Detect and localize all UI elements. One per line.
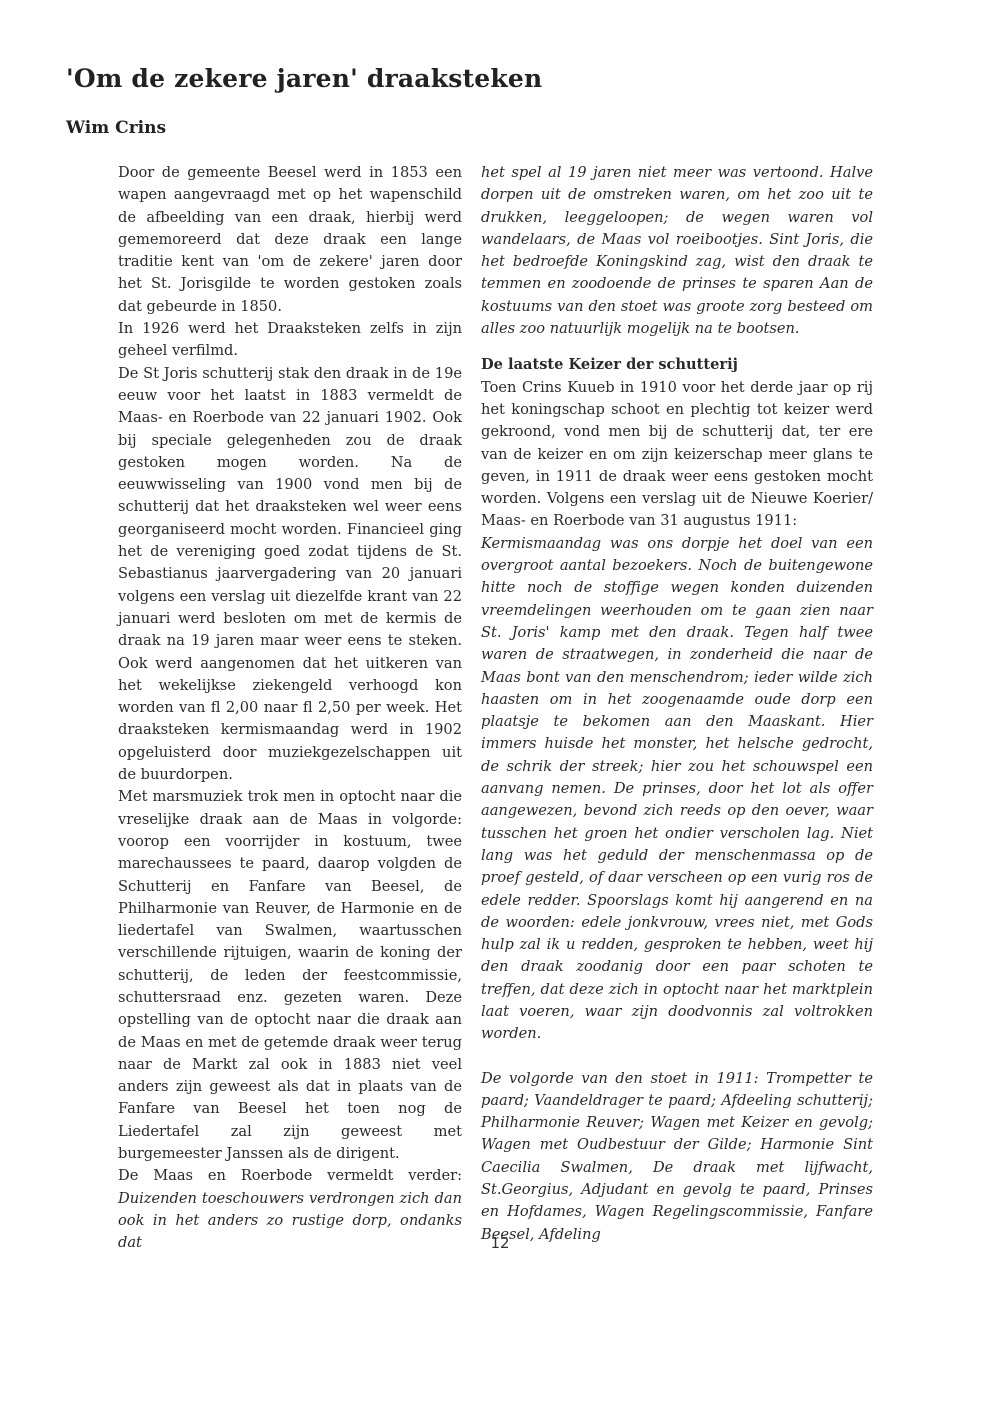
paragraph-text: De Maas en Roerbode vermeldt verder: bbox=[118, 1167, 462, 1184]
article-title: 'Om de zekere jaren' draaksteken bbox=[66, 64, 542, 93]
quote-paragraph: het spel al 19 jaren niet meer was verto… bbox=[481, 162, 873, 340]
paragraph: Met marsmuziek trok men in optocht naar … bbox=[118, 786, 462, 1165]
article-author: Wim Crins bbox=[66, 118, 166, 138]
spacer bbox=[481, 340, 873, 354]
right-column: het spel al 19 jaren niet meer was verto… bbox=[481, 162, 873, 1246]
spacer bbox=[481, 1046, 873, 1068]
paragraph: De St Joris schutterij stak den draak in… bbox=[118, 363, 462, 787]
paragraph: In 1926 werd het Draaksteken zelfs in zi… bbox=[118, 318, 462, 363]
page-number: 12 bbox=[0, 1234, 1000, 1252]
quote-paragraph: Kermismaandag was ons dorpje het doel va… bbox=[481, 533, 873, 1046]
quote-paragraph: De volgorde van den stoet in 1911: Tromp… bbox=[481, 1068, 873, 1246]
paragraph: Door de gemeente Beesel werd in 1853 een… bbox=[118, 162, 462, 318]
paragraph: Toen Crins Kuueb in 1910 voor het derde … bbox=[481, 377, 873, 533]
left-column: Door de gemeente Beesel werd in 1853 een… bbox=[118, 162, 462, 1255]
section-heading: De laatste Keizer der schutterij bbox=[481, 354, 873, 376]
